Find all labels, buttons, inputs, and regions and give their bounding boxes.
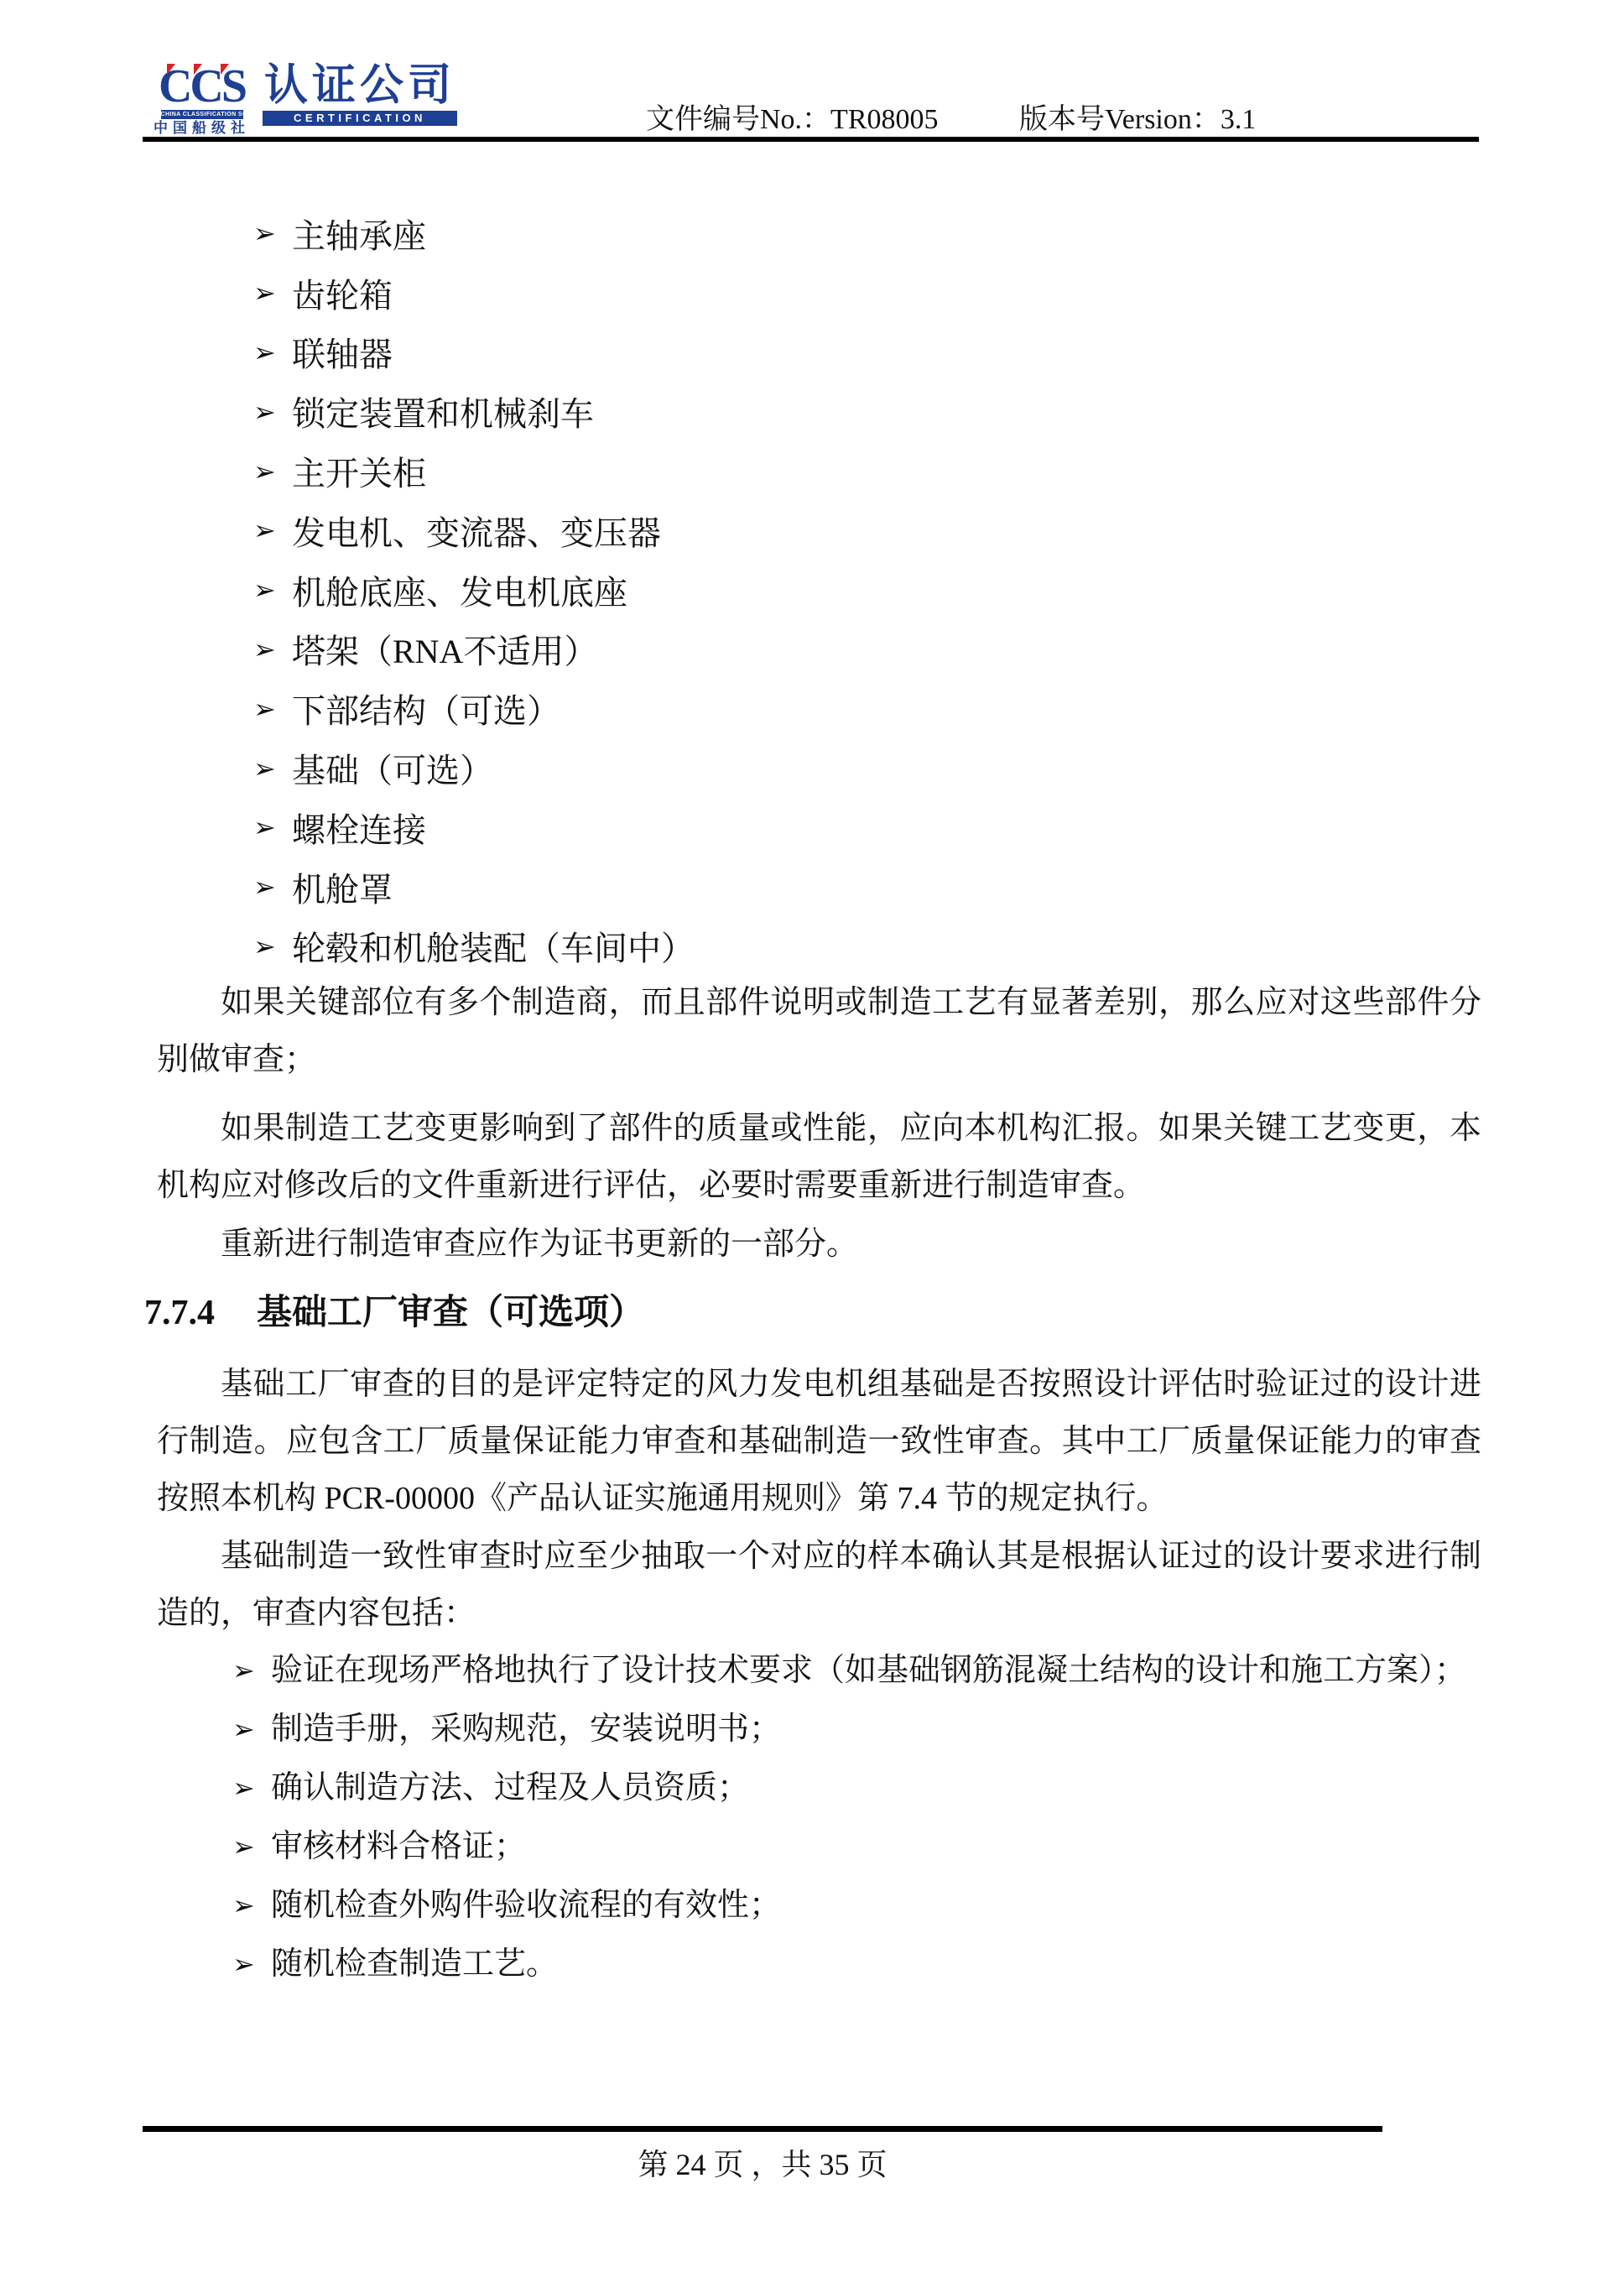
- list-item: ➢螺栓连接: [253, 798, 695, 857]
- paragraph: 如果关键部位有多个制造商，而且部件说明或制造工艺有显著差别，那么应对这些部件分别…: [157, 974, 1481, 1088]
- list-item-label: 主轴承座: [292, 210, 426, 258]
- list-item-label: 随机检查制造工艺。: [271, 1946, 558, 1982]
- list-item: ➢确认制造方法、过程及人员资质；: [232, 1759, 1476, 1817]
- audit-content-list: ➢验证在现场严格地执行了设计技术要求（如基础钢筋混凝土结构的设计和施工方案）； …: [232, 1641, 1476, 1993]
- list-item-label: 确认制造方法、过程及人员资质；: [271, 1770, 749, 1805]
- arrow-bullet-icon: ➢: [232, 1641, 255, 1700]
- list-item-label: 随机检查外购件验收流程的有效性；: [271, 1888, 781, 1923]
- section-number: 7.7.4: [144, 1290, 215, 1336]
- paragraph: 重新进行制造审查应作为证书更新的一部分。: [157, 1216, 1481, 1273]
- list-item-label: 齿轮箱: [292, 269, 393, 317]
- list-item: ➢审核材料合格证；: [232, 1817, 1476, 1876]
- arrow-bullet-icon: ➢: [253, 399, 292, 425]
- ccs-red-flag-icon: [221, 64, 229, 75]
- document-version: 版本号Version：3.1: [1019, 104, 1256, 135]
- header-divider: [143, 137, 1479, 142]
- page-number: 第 24 页 ，共 35 页: [143, 2141, 1382, 2188]
- list-item: ➢随机检查外购件验收流程的有效性；: [232, 1876, 1476, 1935]
- arrow-bullet-icon: ➢: [253, 339, 292, 366]
- arrow-bullet-icon: ➢: [253, 458, 292, 485]
- list-item-label: 基础（可选）: [292, 744, 493, 792]
- arrow-bullet-icon: ➢: [232, 1700, 255, 1759]
- list-item: ➢发电机、变流器、变压器: [253, 501, 695, 560]
- list-item-label: 验证在现场严格地执行了设计技术要求（如基础钢筋混凝土结构的设计和施工方案）；: [271, 1653, 1466, 1688]
- section-heading: 7.7.4 基础工厂审查（可选项）: [144, 1290, 644, 1336]
- arrow-bullet-icon: ➢: [253, 933, 292, 960]
- certification-label: CERTIFICATION: [263, 111, 457, 126]
- component-list: ➢主轴承座 ➢齿轮箱 ➢联轴器 ➢锁定装置和机械刹车 ➢主开关柜 ➢发电机、变流…: [253, 204, 695, 976]
- arrow-bullet-icon: ➢: [232, 1759, 255, 1817]
- header-fields: 文件编号No.：TR08005 版本号Version：3.1: [646, 96, 1256, 137]
- arrow-bullet-icon: ➢: [253, 755, 292, 782]
- society-name-cn: 中国船级社: [154, 121, 250, 136]
- arrow-bullet-icon: ➢: [232, 1876, 255, 1935]
- list-item: ➢验证在现场严格地执行了设计技术要求（如基础钢筋混凝土结构的设计和施工方案）；: [232, 1641, 1476, 1700]
- arrow-bullet-icon: ➢: [232, 1935, 255, 1993]
- arrow-bullet-icon: ➢: [253, 220, 292, 247]
- arrow-bullet-icon: ➢: [253, 636, 292, 663]
- ccs-red-flag-icon: [194, 64, 202, 75]
- document-page: CCS CHINA CLASSIFICATION SOCIETY 中国船级社 认…: [0, 0, 1624, 2277]
- list-item: ➢下部结构（可选）: [253, 679, 695, 738]
- list-item: ➢锁定装置和机械刹车: [253, 382, 695, 441]
- list-item-label: 机舱底座、发电机底座: [292, 566, 627, 614]
- paragraph: 基础制造一致性审查时应至少抽取一个对应的样本确认其是根据认证过的设计要求进行制造…: [157, 1528, 1481, 1642]
- list-item-label: 下部结构（可选）: [292, 685, 560, 732]
- list-item-label: 轮毂和机舱装配（车间中）: [292, 922, 695, 970]
- list-item: ➢联轴器: [253, 323, 695, 383]
- list-item: ➢齿轮箱: [253, 263, 695, 323]
- footer-divider: [143, 2126, 1382, 2132]
- list-item: ➢主开关柜: [253, 441, 695, 501]
- arrow-bullet-icon: ➢: [253, 576, 292, 603]
- ccs-logo-right: 认证公司 CERTIFICATION: [263, 65, 457, 136]
- list-item: ➢塔架（RNA不适用）: [253, 620, 695, 680]
- list-item: ➢基础（可选）: [253, 738, 695, 798]
- list-item: ➢主轴承座: [253, 204, 695, 263]
- ccs-logo-left: CCS CHINA CLASSIFICATION SOCIETY 中国船级社: [154, 65, 250, 136]
- arrow-bullet-icon: ➢: [253, 279, 292, 306]
- company-name-cn: 认证公司: [264, 65, 455, 107]
- list-item-label: 制造手册，采购规范，安装说明书；: [271, 1712, 781, 1747]
- arrow-bullet-icon: ➢: [232, 1817, 255, 1876]
- list-item: ➢轮毂和机舱装配（车间中）: [253, 917, 695, 977]
- list-item-label: 机舱罩: [292, 863, 393, 911]
- list-item-label: 主开关柜: [292, 447, 426, 495]
- arrow-bullet-icon: ➢: [253, 517, 292, 544]
- list-item-label: 塔架（RNA不适用）: [292, 625, 597, 673]
- section-title: 基础工厂审查（可选项）: [257, 1290, 644, 1336]
- paragraph: 如果制造工艺变更影响到了部件的质量或性能，应向本机构汇报。如果关键工艺变更，本机…: [157, 1100, 1481, 1214]
- ccs-logo: CCS CHINA CLASSIFICATION SOCIETY 中国船级社 认…: [154, 65, 457, 136]
- paragraph: 基础工厂审查的目的是评定特定的风力发电机组基础是否按照设计评估时验证过的设计进行…: [157, 1356, 1481, 1527]
- list-item: ➢机舱罩: [253, 857, 695, 917]
- list-item: ➢随机检查制造工艺。: [232, 1935, 1476, 1993]
- ccs-red-flag-icon: [167, 64, 175, 75]
- document-number: 文件编号No.：TR08005: [646, 104, 939, 135]
- arrow-bullet-icon: ➢: [253, 814, 292, 841]
- list-item-label: 锁定装置和机械刹车: [292, 388, 594, 435]
- ccs-letters-wrap: CCS: [159, 65, 245, 107]
- list-item-label: 审核材料合格证；: [271, 1829, 526, 1864]
- list-item: ➢机舱底座、发电机底座: [253, 560, 695, 620]
- arrow-bullet-icon: ➢: [253, 873, 292, 900]
- list-item-label: 螺栓连接: [292, 804, 426, 852]
- list-item-label: 发电机、变流器、变压器: [292, 507, 661, 555]
- list-item: ➢制造手册，采购规范，安装说明书；: [232, 1700, 1476, 1759]
- list-item-label: 联轴器: [292, 328, 393, 376]
- arrow-bullet-icon: ➢: [253, 696, 292, 722]
